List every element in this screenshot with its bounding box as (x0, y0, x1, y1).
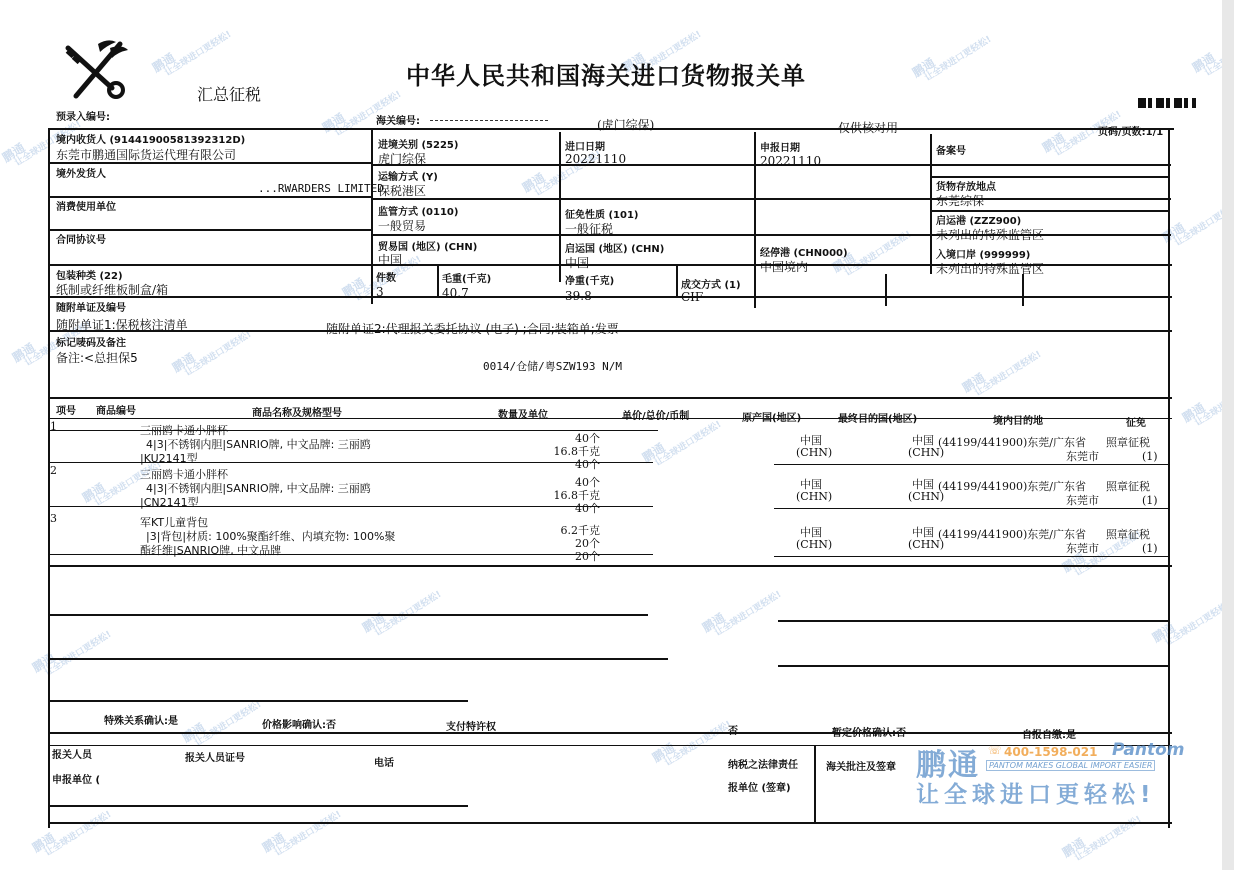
rule (48, 732, 1172, 734)
qr-code-fragment (1138, 98, 1196, 108)
consumer-unit-label: 消费使用单位 (56, 198, 116, 213)
departure-port-label: 启运港 (ZZZ900) (936, 212, 1021, 227)
entry-port-value: 未列出的特殊监管区 (936, 260, 1044, 277)
tax-nature-label: 征免性质 (101) (565, 206, 639, 221)
entry-customs-value: 虎门综保 (378, 150, 426, 167)
item-quantity: 20个 (520, 548, 600, 564)
rule (885, 274, 887, 306)
net-weight-label: 净重(千克) (565, 272, 614, 287)
price-influence-confirm: 价格影响确认:否 (262, 716, 336, 731)
column-header: 单价/总价/币制 (622, 407, 689, 422)
departure-country-label: 启运国 (地区) (CHN) (565, 240, 664, 255)
item-domestic-destination: (44199/441900)东莞/广东省 (938, 434, 1086, 450)
overseas-shipper-value: ...RWARDERS LIMITED (258, 182, 384, 195)
goods-location-label: 货物存放地点 (936, 178, 996, 193)
departure-country-value: 中国 (565, 254, 589, 271)
customs-approval-label: 海关批注及签章 (826, 758, 896, 773)
rule (48, 565, 1172, 567)
item-quantity: 40个 (520, 500, 600, 516)
marks-label: 标记唛码及备注 (56, 334, 126, 349)
page-edge (1222, 0, 1234, 870)
item-quantity: 40个 (520, 456, 600, 472)
consignee-label: 境内收货人 (91441900581392312D) (56, 131, 245, 146)
rule (774, 508, 1170, 509)
item-levy: 照章征税 (1106, 526, 1150, 542)
customs-office-note: (虎门综保) (597, 116, 654, 133)
rule (778, 665, 1170, 667)
column-header: 征免 (1126, 414, 1146, 429)
watermark: 鹏通让全球进口更轻松! (30, 799, 114, 863)
document-2: 随附单证2:代理报关委托协议 (电子) ;合同;装箱单;发票 (326, 320, 619, 337)
declare-unit-label: 申报单位 ( (52, 771, 100, 786)
supervision-mode-value: 一般贸易 (378, 217, 426, 234)
transit-port-value: 中国境内 (760, 258, 808, 275)
item-origin-code: (CHN) (796, 538, 832, 551)
column-header: 原产国(地区) (742, 409, 801, 424)
watermark: 鹏通让全球进口更轻松! (650, 709, 734, 773)
item-domestic-city: 东莞市 (1066, 492, 1099, 508)
watermark: 鹏通让全球进口更轻松! (360, 579, 444, 643)
transport-mode-label: 运输方式 (Y) (378, 168, 438, 183)
departure-port-value: 未列出的特殊监管区 (936, 226, 1044, 243)
goods-location-value: 东莞综保 (936, 192, 984, 209)
declare-date-label: 申报日期 (760, 139, 800, 154)
watermark: 鹏通让全球进口更轻松! (700, 579, 784, 643)
item-domestic-destination: (44199/441900)东莞/广东省 (938, 526, 1086, 542)
rule (48, 554, 653, 555)
net-weight-value: 39.8 (565, 289, 592, 303)
rule (1168, 128, 1170, 828)
deal-mode-label: 成交方式 (1) (681, 276, 741, 291)
supervision-mode-label: 监管方式 (0110) (378, 203, 458, 218)
brand-tagline-cn: 让全球进口更轻松! (916, 776, 1156, 809)
gross-weight-label: 毛重(千克) (442, 270, 491, 285)
package-type-label: 包装种类 (22) (56, 267, 123, 282)
item-origin-code: (CHN) (796, 490, 832, 503)
rule (48, 418, 1172, 419)
transport-mode-value: 保税港区 (378, 182, 426, 199)
rule (48, 430, 658, 431)
rule (48, 296, 1172, 298)
pieces-label: 件数 (376, 269, 396, 284)
item-no: 3 (50, 512, 57, 525)
marks-value: 0014/仓储/粤SZW193 N/M (483, 358, 622, 374)
watermark: 鹏通让全球进口更轻松! (150, 19, 234, 83)
customs-no-value-redacted (430, 120, 548, 121)
brand-watermark: 鹏通 ☏ 400-1598-021 Pantom PANTOM MAKES GL… (914, 740, 1184, 810)
royalty-confirm: 支付特许权 (446, 718, 496, 733)
rule (778, 620, 1170, 622)
watermark: 鹏通让全球进口更轻松! (1060, 804, 1144, 868)
page-number: 页码/页数:1/1 (1098, 123, 1163, 138)
rule (371, 198, 1171, 200)
rule (48, 397, 1172, 399)
entry-port-label: 入境口岸 (999999) (936, 246, 1030, 261)
pre-entry-label: 预录入编号: (56, 108, 110, 123)
entry-customs-label: 进境关别 (5225) (378, 136, 458, 151)
watermark: 鹏通让全球进口更轻松! (30, 619, 114, 683)
item-levy: 照章征税 (1106, 434, 1150, 450)
rule (48, 462, 653, 463)
item-spec-2: 酯纤维|SANRIO牌, 中文品牌 (140, 542, 281, 558)
package-type-value: 纸制或纤维板制盒/箱 (56, 281, 168, 298)
rule (371, 234, 1171, 236)
item-domestic-city: 东莞市 (1066, 540, 1099, 556)
watermark: 鹏通让全球进口更轻松! (910, 24, 994, 88)
rule (559, 132, 561, 282)
rule (371, 128, 373, 304)
column-header: 商品名称及规格型号 (252, 404, 342, 419)
tax-duty-label: 纳税之法律责任 (728, 756, 798, 771)
customs-emblem-icon (60, 38, 130, 100)
rule (814, 745, 816, 823)
self-report-confirm: 自报自缴:是 (1022, 726, 1076, 741)
brand-en: Pantom (1112, 740, 1184, 760)
item-no: 2 (50, 464, 57, 477)
tax-mode: 汇总征税 (197, 82, 261, 105)
item-no: 1 (50, 420, 57, 433)
unit-seal-label: 报单位 (签章) (728, 779, 791, 794)
provisional-price-confirm: 暂定价格确认:否 (832, 724, 906, 739)
declare-date-value: 20221110 (760, 154, 821, 168)
record-no-label: 备案号 (936, 142, 966, 157)
rule (930, 134, 932, 274)
item-spec-2: |CN2141型 (140, 494, 199, 510)
rule (774, 464, 1170, 465)
trade-country-value: 中国 (378, 251, 402, 268)
rule (676, 266, 678, 298)
declarant-id-label: 报关人员证号 (185, 749, 245, 764)
deal-mode-value: CIF (681, 290, 703, 304)
watermark: 鹏通让全球进口更轻松! (260, 799, 344, 863)
import-date-label: 进口日期 (565, 138, 605, 153)
item-levy: 照章征税 (1106, 478, 1150, 494)
item-domestic-city: 东莞市 (1066, 448, 1099, 464)
rule (48, 614, 648, 616)
brand-tagline-en: PANTOM MAKES GLOBAL IMPORT EASIER (986, 760, 1155, 771)
phone-icon: ☏ (988, 744, 1002, 757)
rule (1022, 274, 1024, 306)
item-levy-code: (1) (1142, 494, 1158, 507)
item-domestic-destination: (44199/441900)东莞/广东省 (938, 478, 1086, 494)
brand-phone: 400-1598-021 (1004, 745, 1097, 759)
rule (48, 700, 468, 702)
watermark: 鹏通让全球进口更轻松! (960, 339, 1044, 403)
item-origin-code: (CHN) (796, 446, 832, 459)
column-header: 境内目的地 (993, 412, 1043, 427)
page-title: 中华人民共和国海关进口货物报关单 (406, 56, 806, 91)
pieces-value: 3 (376, 285, 384, 299)
rule (774, 556, 1170, 557)
rule (48, 658, 668, 660)
contract-no-label: 合同协议号 (56, 231, 106, 246)
item-levy-code: (1) (1142, 450, 1158, 463)
special-relation-confirm: 特殊关系确认:是 (104, 712, 178, 727)
transit-port-label: 经停港 (CHN000) (760, 244, 848, 259)
column-header: 商品编号 (96, 402, 136, 417)
declarant-label: 报关人员 (52, 746, 92, 761)
marks-note: 备注:<总担保5 (56, 349, 138, 366)
phone-label: 电话 (374, 754, 394, 769)
gross-weight-value: 40.7 (442, 286, 469, 300)
rule (48, 805, 468, 807)
rule (48, 822, 1172, 824)
document-1: 随附单证1:保税核注清单 (56, 316, 188, 333)
royalty-value: 否 (728, 722, 738, 737)
item-spec-2: |KU2141型 (140, 450, 198, 466)
overseas-shipper-label: 境外发货人 (56, 165, 106, 180)
customs-no-label: 海关编号: (376, 112, 420, 127)
rule (48, 128, 50, 828)
item-levy-code: (1) (1142, 542, 1158, 555)
import-date-value: 20221110 (565, 152, 626, 166)
rule (437, 266, 439, 298)
tax-nature-value: 一般征税 (565, 220, 613, 237)
consignee-value: 东莞市鹏通国际货运代理有限公司 (56, 146, 236, 163)
rule (48, 128, 1174, 130)
documents-label: 随附单证及编号 (56, 299, 126, 314)
rule (754, 132, 756, 308)
column-header: 项号 (56, 402, 76, 417)
rule (48, 506, 653, 507)
